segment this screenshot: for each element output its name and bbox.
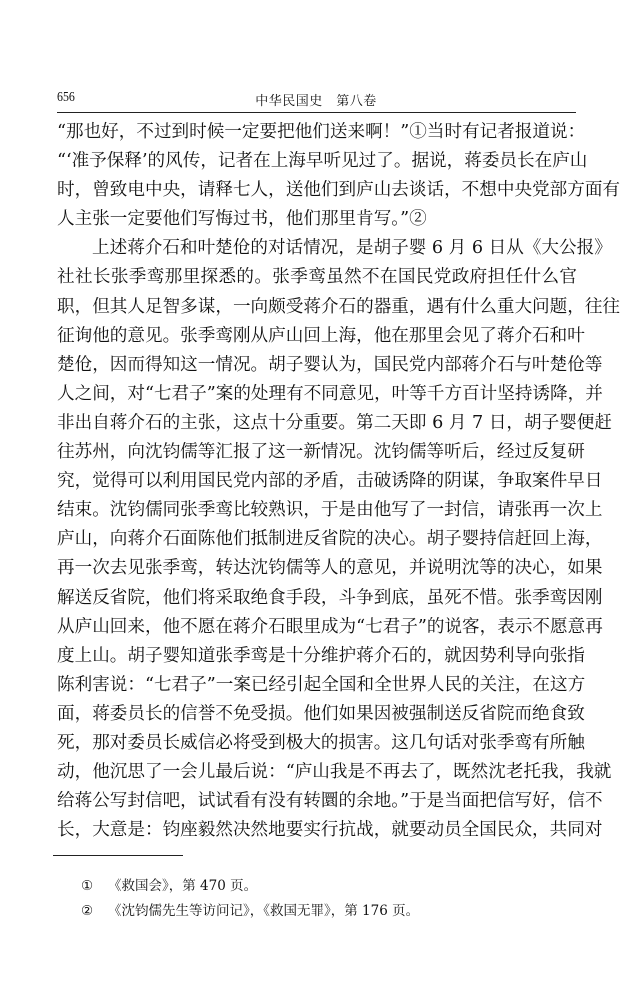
text-line: 人主张一定要他们写悔过书，他们那里肯写。”②	[57, 205, 577, 234]
text-line: 动，他沉思了一会儿最后说：“庐山我是不再去了，既然沈老托我，我就	[57, 758, 577, 787]
footnote-marker: ①	[81, 874, 108, 899]
text-line: 度上山。胡子婴知道张季鸾是十分维护蒋介石的，就因势利导向张指	[57, 642, 577, 671]
text-line: 究，觉得可以利用国民党内部的矛盾，击破诱降的阴谋，争取案件早日	[57, 467, 577, 496]
footnote-1: ①《救国会》，第 470 页。	[81, 874, 581, 899]
text-line: 人之间，对“七君子”案的处理有不同意见，叶等千方百计坚持诱降，并	[57, 380, 577, 409]
text-line: 解送反省院，他们将采取绝食手段，斗争到底，虽死不惜。张季鸾因刚	[57, 584, 577, 613]
footnote-rule	[53, 855, 183, 856]
text-line: 从庐山回来，他不愿在蒋介石眼里成为“七君子”的说客，表示不愿意再	[57, 613, 577, 642]
footnote-marker: ②	[81, 899, 108, 924]
book-page: 656 中华民国史 第八卷 “那也好，不过到时候一定要把他们送来啊！”①当时有记…	[0, 0, 644, 1000]
text-line: 往苏州，向沈钧儒等汇报了这一新情况。沈钧儒等听后，经过反复研	[57, 438, 577, 467]
text-line: 庐山，向蒋介石面陈他们抵制进反省院的决心。胡子婴持信赶回上海，	[57, 525, 577, 554]
text-line: 死，那对委员长威信必将受到极大的损害。这几句话对张季鸾有所触	[57, 729, 577, 758]
footnote-text: 《救国会》，第 470 页。	[108, 878, 257, 894]
paragraph-start-line: 上述蒋介石和叶楚伧的对话情况，是胡子婴 6 月 6 日从《大公报》	[57, 234, 577, 263]
text-line: 非出自蒋介石的主张，这点十分重要。第二天即 6 月 7 日，胡子婴便赶	[57, 409, 577, 438]
text-line: 社社长张季鸾那里探悉的。张季鸾虽然不在国民党政府担任什么官	[57, 263, 577, 292]
text-line: 面，蒋委员长的信誉不免受损。他们如果因被强制送反省院而绝食致	[57, 700, 577, 729]
running-head: 656 中华民国史 第八卷	[57, 90, 575, 110]
text-line: 再一次去见张季鸾，转达沈钧儒等人的意见，并说明沈等的决心，如果	[57, 554, 577, 583]
text-line: “那也好，不过到时候一定要把他们送来啊！”①当时有记者报道说：	[57, 118, 577, 147]
footnotes: ①《救国会》，第 470 页。 ②《沈钧儒先生等访问记》，《救国无罪》，第 17…	[81, 874, 581, 924]
text-line: “‘准予保释’的风传，记者在上海早听见过了。据说，蒋委员长在庐山	[57, 147, 577, 176]
text-line: 长，大意是：钧座毅然决然地要实行抗战，就要动员全国民众，共同对	[57, 816, 577, 845]
footnote-text: 《沈钧儒先生等访问记》，《救国无罪》，第 176 页。	[108, 903, 419, 919]
text-line: 结束。沈钧儒同张季鸾比较熟识，于是由他写了一封信，请张再一次上	[57, 496, 577, 525]
text-line: 时，曾致电中央，请释七人，送他们到庐山去谈话，不想中央党部方面有	[57, 176, 577, 205]
text-line: 征询他的意见。张季鸾刚从庐山回上海，他在那里会见了蒋介石和叶	[57, 322, 577, 351]
text-line: 给蒋公写封信吧，试试看有没有转圜的余地。”于是当面把信写好，信不	[57, 787, 577, 816]
footnote-2: ②《沈钧儒先生等访问记》，《救国无罪》，第 176 页。	[81, 899, 581, 924]
body-text: “那也好，不过到时候一定要把他们送来啊！”①当时有记者报道说： “‘准予保释’的…	[57, 118, 577, 845]
book-title: 中华民国史 第八卷	[57, 90, 575, 109]
text-line: 职，但其人足智多谋，一向颇受蒋介石的器重，遇有什么重大问题，往往	[57, 293, 577, 322]
text-line: 楚伧，因而得知这一情况。胡子婴认为，国民党内部蒋介石与叶楚伧等	[57, 351, 577, 380]
text-line: 陈利害说：“七君子”一案已经引起全国和全世界人民的关注，在这方	[57, 671, 577, 700]
header-rule	[57, 112, 576, 113]
